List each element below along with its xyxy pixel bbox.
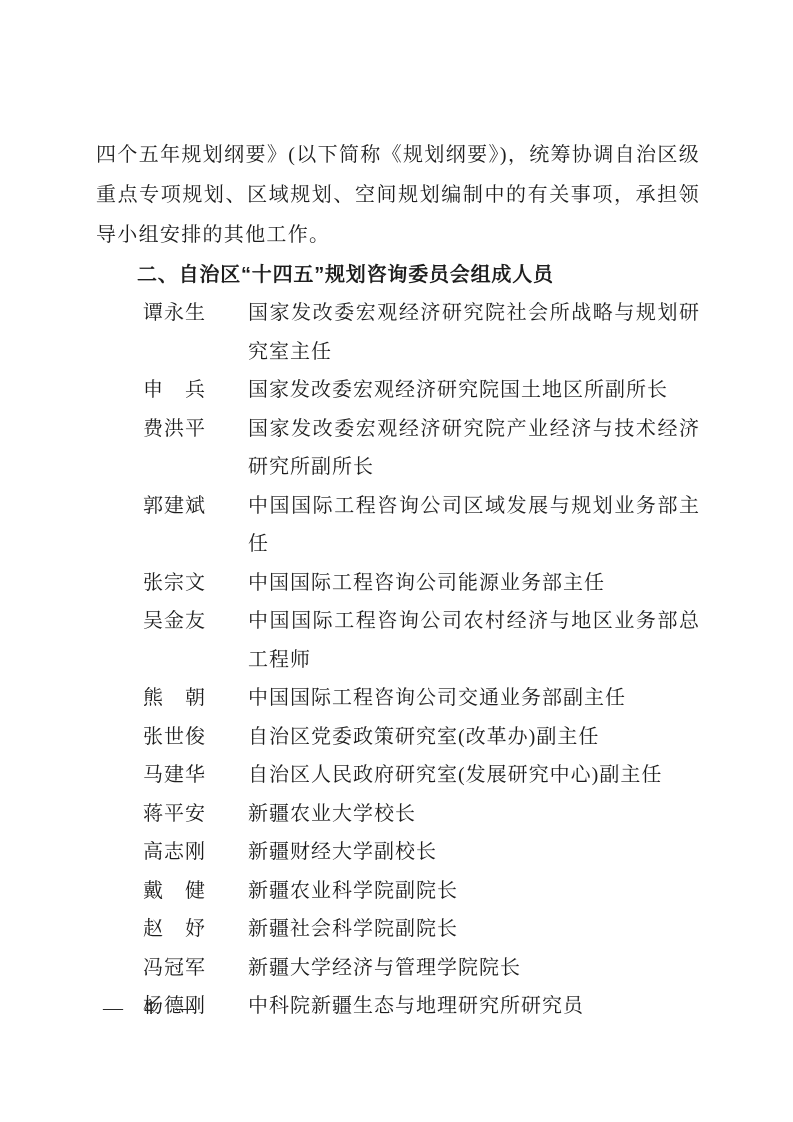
member-role: 新疆农业科学院副院长	[248, 872, 700, 911]
member-name: 冯冠军	[143, 949, 209, 988]
member-role: 国家发改委宏观经济研究院产业经济与技术经济研究所副所长	[248, 410, 700, 487]
member-name: 张世俊	[143, 718, 209, 757]
member-name: 高志刚	[143, 833, 209, 872]
member-row: 赵 妤 新疆社会科学院副院长	[96, 910, 700, 949]
member-row: 高志刚 新疆财经大学副校长	[96, 833, 700, 872]
member-name: 戴 健	[143, 872, 209, 911]
member-row: 申 兵 国家发改委宏观经济研究院国土地区所副所长	[96, 371, 700, 410]
member-name: 赵 妤	[143, 910, 209, 949]
document-page: 四个五年规划纲要》(以下简称《规划纲要》)，统筹协调自治区级重点专项规划、区域规…	[0, 0, 793, 1122]
body-paragraph: 四个五年规划纲要》(以下简称《规划纲要》)，统筹协调自治区级重点专项规划、区域规…	[96, 135, 700, 255]
member-row: 谭永生 国家发改委宏观经济研究院社会所战略与规划研究室主任	[96, 294, 700, 371]
member-name: 蒋平安	[143, 795, 209, 834]
member-row: 蒋平安 新疆农业大学校长	[96, 795, 700, 834]
member-row: 熊 朝 中国国际工程咨询公司交通业务部副主任	[96, 679, 700, 718]
member-name: 申 兵	[143, 371, 209, 410]
member-name: 熊 朝	[143, 679, 209, 718]
member-role: 国家发改委宏观经济研究院社会所战略与规划研究室主任	[248, 294, 700, 371]
member-role: 自治区党委政策研究室(改革办)副主任	[248, 718, 700, 757]
member-role: 新疆社会科学院副院长	[248, 910, 700, 949]
member-name: 谭永生	[143, 294, 209, 333]
member-row: 吴金友 中国国际工程咨询公司农村经济与地区业务部总工程师	[96, 602, 700, 679]
member-role: 中国国际工程咨询公司农村经济与地区业务部总工程师	[248, 602, 700, 679]
page-number: — 4 —	[103, 997, 197, 1020]
committee-member-list: 谭永生 国家发改委宏观经济研究院社会所战略与规划研究室主任 申 兵 国家发改委宏…	[96, 294, 700, 1026]
member-row: 张世俊 自治区党委政策研究室(改革办)副主任	[96, 718, 700, 757]
member-row: 戴 健 新疆农业科学院副院长	[96, 872, 700, 911]
member-role: 新疆农业大学校长	[248, 795, 700, 834]
member-name: 费洪平	[143, 410, 209, 449]
member-name: 马建华	[143, 756, 209, 795]
member-row: 冯冠军 新疆大学经济与管理学院院长	[96, 949, 700, 988]
member-role: 新疆大学经济与管理学院院长	[248, 949, 700, 988]
member-role: 国家发改委宏观经济研究院国土地区所副所长	[248, 371, 700, 410]
member-name: 张宗文	[143, 564, 209, 603]
member-role: 自治区人民政府研究室(发展研究中心)副主任	[248, 756, 700, 795]
member-role: 中国国际工程咨询公司交通业务部副主任	[248, 679, 700, 718]
member-row: 马建华 自治区人民政府研究室(发展研究中心)副主任	[96, 756, 700, 795]
member-name: 吴金友	[143, 602, 209, 641]
section-heading: 二、自治区“十四五”规划咨询委员会组成人员	[137, 256, 700, 294]
member-role: 中国国际工程咨询公司能源业务部主任	[248, 564, 700, 603]
member-role: 中科院新疆生态与地理研究所研究员	[248, 987, 700, 1026]
member-row: 费洪平 国家发改委宏观经济研究院产业经济与技术经济研究所副所长	[96, 410, 700, 487]
member-row: 郭建斌 中国国际工程咨询公司区域发展与规划业务部主任	[96, 487, 700, 564]
member-row: 张宗文 中国国际工程咨询公司能源业务部主任	[96, 564, 700, 603]
page-content: 四个五年规划纲要》(以下简称《规划纲要》)，统筹协调自治区级重点专项规划、区域规…	[96, 135, 700, 1026]
member-role: 新疆财经大学副校长	[248, 833, 700, 872]
member-name: 郭建斌	[143, 487, 209, 526]
member-role: 中国国际工程咨询公司区域发展与规划业务部主任	[248, 487, 700, 564]
